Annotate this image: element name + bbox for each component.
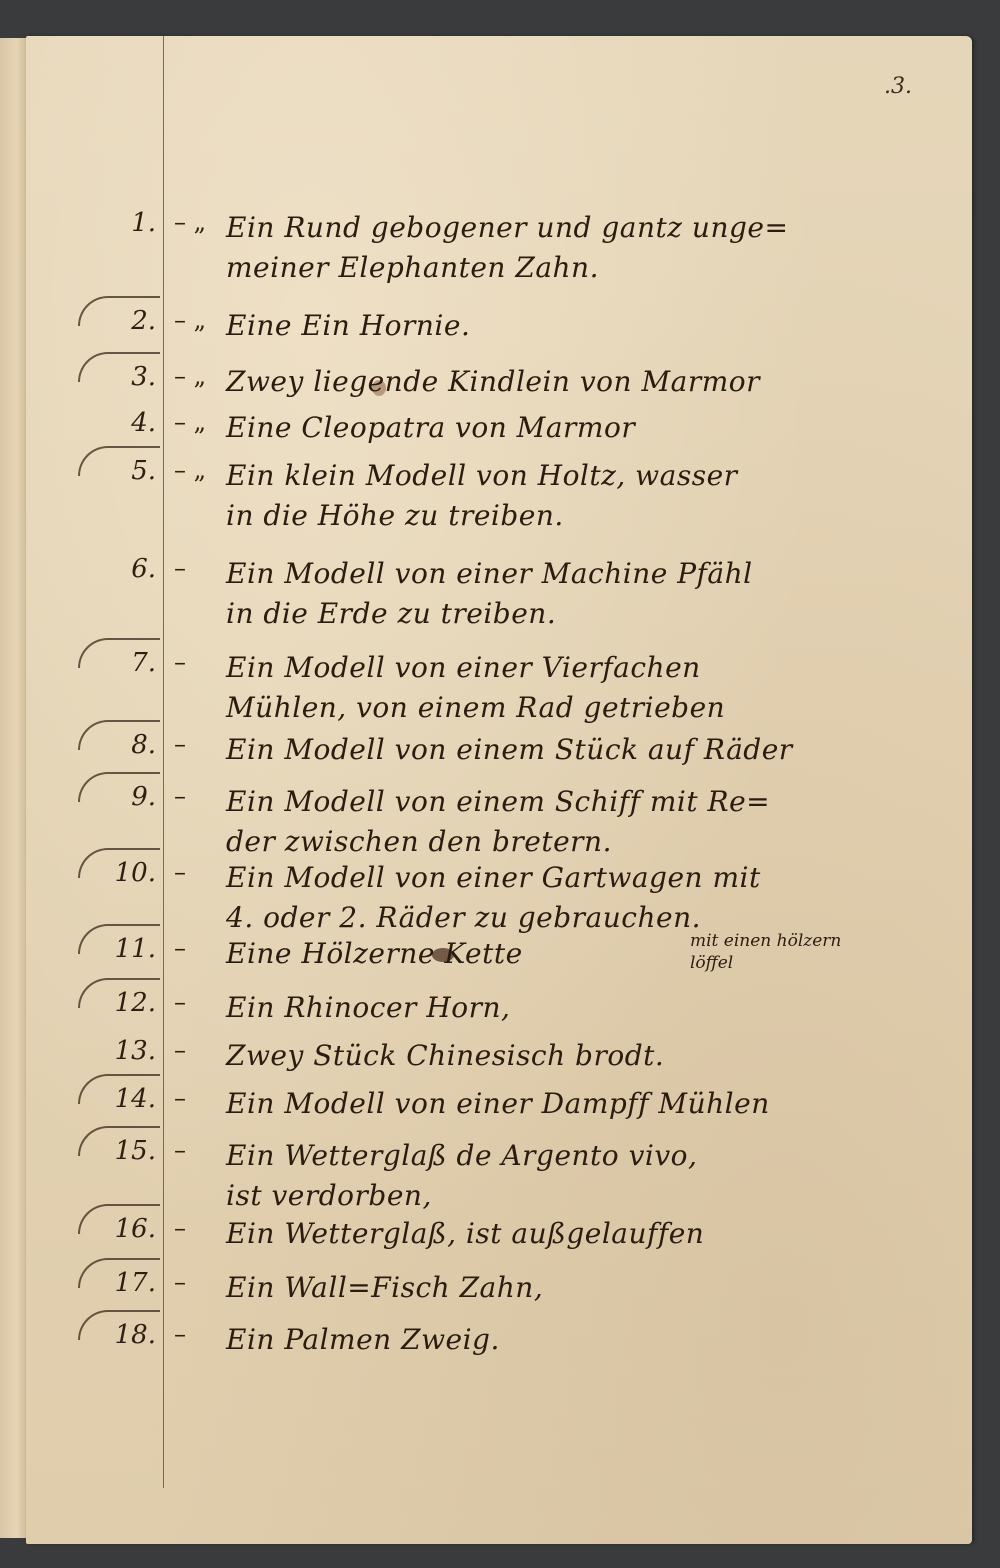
- entry-text: Ein Wetterglaß de Argento vivo, ist verd…: [226, 1136, 942, 1216]
- entry-number: 16.: [86, 1214, 156, 1244]
- entry-text: Zwey liegende Kindlein von Marmor: [226, 362, 942, 402]
- entry-number: 5.: [86, 456, 156, 486]
- entry-dash: – „: [174, 408, 206, 436]
- entry-dash: –: [174, 1214, 186, 1242]
- entry-dash: –: [174, 1268, 186, 1296]
- entry-number: 6.: [86, 554, 156, 584]
- entry-dash: –: [174, 858, 186, 886]
- entry-text: Zwey Stück Chinesisch brodt.: [226, 1036, 942, 1076]
- entry-number: 10.: [86, 858, 156, 888]
- entry-dash: –: [174, 648, 186, 676]
- entry-text: Ein Modell von einer Vierfachen Mühlen, …: [226, 648, 942, 728]
- entry-dash: – „: [174, 362, 206, 390]
- entry-number: 7.: [86, 648, 156, 678]
- entry-annotation: mit einen hölzern löffel: [690, 930, 841, 974]
- entry-dash: –: [174, 1036, 186, 1064]
- entry-dash: –: [174, 1136, 186, 1164]
- entry-text: Ein Wetterglaß, ist außgelauffen: [226, 1214, 942, 1254]
- entry-number: 4.: [86, 408, 156, 438]
- entry-number: 2.: [86, 306, 156, 336]
- entry-dash: – „: [174, 456, 206, 484]
- entry-number: 14.: [86, 1084, 156, 1114]
- entry-dash: –: [174, 1320, 186, 1348]
- entry-dash: –: [174, 554, 186, 582]
- entry-number: 11.: [86, 934, 156, 964]
- entry-dash: –: [174, 934, 186, 962]
- entry-dash: – „: [174, 306, 206, 334]
- entry-dash: – „: [174, 208, 206, 236]
- entry-number: 9.: [86, 782, 156, 812]
- entry-text: Ein Modell von einer Machine Pfähl in di…: [226, 554, 942, 634]
- manuscript-scan: .3. 1. – „ Ein Rund gebogener und gantz …: [0, 0, 1000, 1568]
- entry-dash: –: [174, 988, 186, 1016]
- entry-text: Ein Wall=Fisch Zahn,: [226, 1268, 942, 1308]
- entry-text: Ein klein Modell von Holtz, wasser in di…: [226, 456, 942, 536]
- entry-text: Eine Ein Hornie.: [226, 306, 942, 346]
- entry-number: 17.: [86, 1268, 156, 1298]
- entry-number: 18.: [86, 1320, 156, 1350]
- entry-number: 1.: [86, 208, 156, 238]
- entry-number: 15.: [86, 1136, 156, 1166]
- entry-text: Ein Rund gebogener und gantz unge= meine…: [226, 208, 942, 288]
- entry-number: 3.: [86, 362, 156, 392]
- entry-text: Ein Modell von einer Gartwagen mit 4. od…: [226, 858, 942, 938]
- entry-text: Ein Modell von einem Stück auf Räder: [226, 730, 942, 770]
- entry-number: 12.: [86, 988, 156, 1018]
- entry-text: Ein Rhinocer Horn,: [226, 988, 942, 1028]
- entry-dash: –: [174, 782, 186, 810]
- entry-dash: –: [174, 1084, 186, 1112]
- entry-number: 8.: [86, 730, 156, 760]
- entry-text: Ein Palmen Zweig.: [226, 1320, 942, 1360]
- entry-text: Eine Cleopatra von Marmor: [226, 408, 942, 448]
- entry-number: 13.: [86, 1036, 156, 1066]
- entry-dash: –: [174, 730, 186, 758]
- entry-text: Ein Modell von einer Dampff Mühlen: [226, 1084, 942, 1124]
- inventory-list: 1. – „ Ein Rund gebogener und gantz unge…: [26, 36, 972, 1544]
- previous-page-edge: [0, 38, 29, 1538]
- entry-text: Ein Modell von einem Schiff mit Re= der …: [226, 782, 942, 862]
- manuscript-page: .3. 1. – „ Ein Rund gebogener und gantz …: [26, 36, 972, 1544]
